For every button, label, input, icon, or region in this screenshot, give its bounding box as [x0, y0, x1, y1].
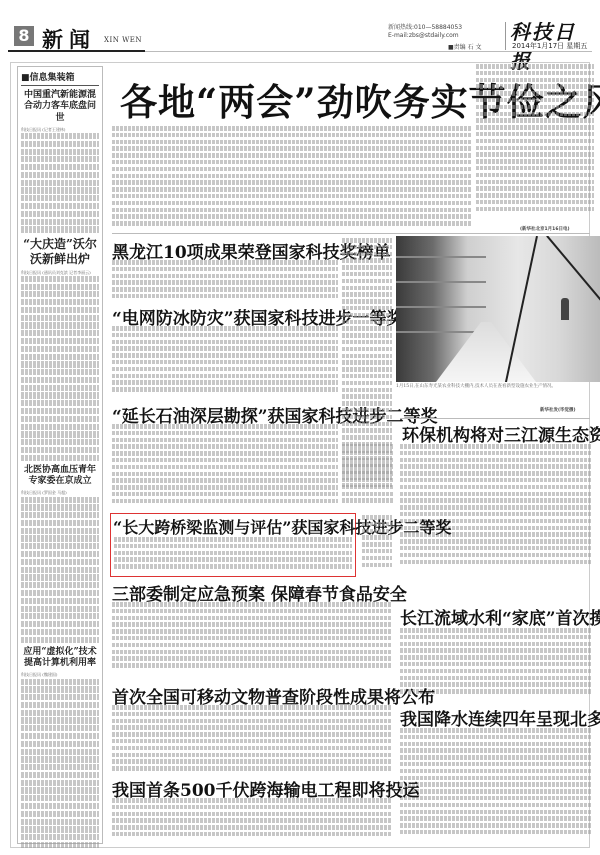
article-body — [112, 326, 338, 394]
editor-credit: ■责编 石 文 — [448, 42, 482, 51]
article-body — [112, 705, 392, 773]
lead-credit: (新华社北京1月16日电) — [520, 226, 570, 232]
email: E-mail:zbs@stdaily.com — [388, 32, 462, 40]
page-number-badge: 8 — [14, 26, 34, 46]
contact-info: 新闻热线:010—58884053 E-mail:zbs@stdaily.com — [388, 24, 462, 40]
issue-date: 2014年1月17日 星期五 — [512, 41, 587, 51]
section-title-english: XIN WEN — [104, 36, 142, 44]
article-body — [112, 260, 338, 301]
article-body — [114, 537, 352, 571]
article-body — [21, 276, 99, 461]
sidebar-headline[interactable]: 北医协高血压青年专家委在京成立 — [21, 465, 99, 488]
sidebar-article[interactable]: 北医协高血压青年专家委在京成立 科技日报讯 (罗国金 马超) — [21, 465, 99, 643]
divider — [8, 50, 145, 52]
sidebar-headline[interactable]: 应用“虚拟化”技术提高计算机利用率 — [21, 647, 99, 670]
editor-name: 石 文 — [468, 44, 482, 51]
article-body — [342, 444, 394, 505]
divider — [145, 51, 592, 52]
newspaper-page: 8 新闻 XIN WEN 新闻热线:010—58884053 E-mail:zb… — [0, 0, 600, 855]
sidebar-article[interactable]: 中国重汽新能源混合动力客车底盘问世 科技日报讯 (记者王建林) — [21, 90, 99, 233]
article-body — [21, 133, 99, 233]
divider — [505, 22, 506, 50]
divider — [400, 418, 590, 419]
lead-article-body — [112, 126, 472, 228]
article-body — [400, 444, 592, 566]
sidebar-headline[interactable]: “大庆造”沃尔沃新鲜出炉 — [21, 237, 99, 267]
sidebar-article[interactable]: “大庆造”沃尔沃新鲜出炉 科技日报讯 (通讯员刘克滨 记者李丽云) — [21, 237, 99, 461]
article-body — [362, 515, 392, 569]
article-body — [21, 679, 99, 849]
article-headline[interactable]: 我国降水连续四年呈现北多南少 — [400, 705, 600, 730]
photo-caption: 1月15日,在山东寿光某农业科技大棚内,技术人员在查看新型设施农业生产情况。 — [396, 384, 600, 390]
article-body — [112, 424, 338, 506]
editor-label: ■责编 — [448, 44, 466, 51]
masthead: 8 新闻 XIN WEN 新闻热线:010—58884053 E-mail:zb… — [8, 22, 592, 52]
photo-credit: 新华社发(毕觉摄) — [540, 407, 576, 413]
article-body — [21, 497, 99, 643]
info-box-sidebar: ■信息集装箱 中国重汽新能源混合动力客车底盘问世 科技日报讯 (记者王建林) “… — [17, 66, 103, 844]
article-headline-highlighted[interactable]: “长大跨桥梁监测与评估”获国家科技进步二等奖 — [113, 515, 451, 538]
article-body — [112, 602, 392, 670]
lead-article-body-right — [476, 64, 594, 214]
article-headline[interactable]: 长江流域水利“家底”首次摸清 — [400, 604, 600, 629]
sidebar-title: ■信息集装箱 — [21, 70, 99, 86]
article-body — [112, 798, 392, 839]
person-figure — [561, 298, 569, 320]
sidebar-headline[interactable]: 中国重汽新能源混合动力客车底盘问世 — [21, 90, 99, 124]
news-photo-greenhouse[interactable] — [396, 236, 600, 382]
article-body — [400, 728, 592, 837]
hotline: 新闻热线:010—58884053 — [388, 24, 462, 32]
article-headline[interactable]: 环保机构将对三江源生态资产进行评估 — [402, 421, 600, 446]
divider — [112, 233, 590, 234]
sidebar-article[interactable]: 应用“虚拟化”技术提高计算机利用率 科技日报讯 (魏建国) — [21, 647, 99, 848]
